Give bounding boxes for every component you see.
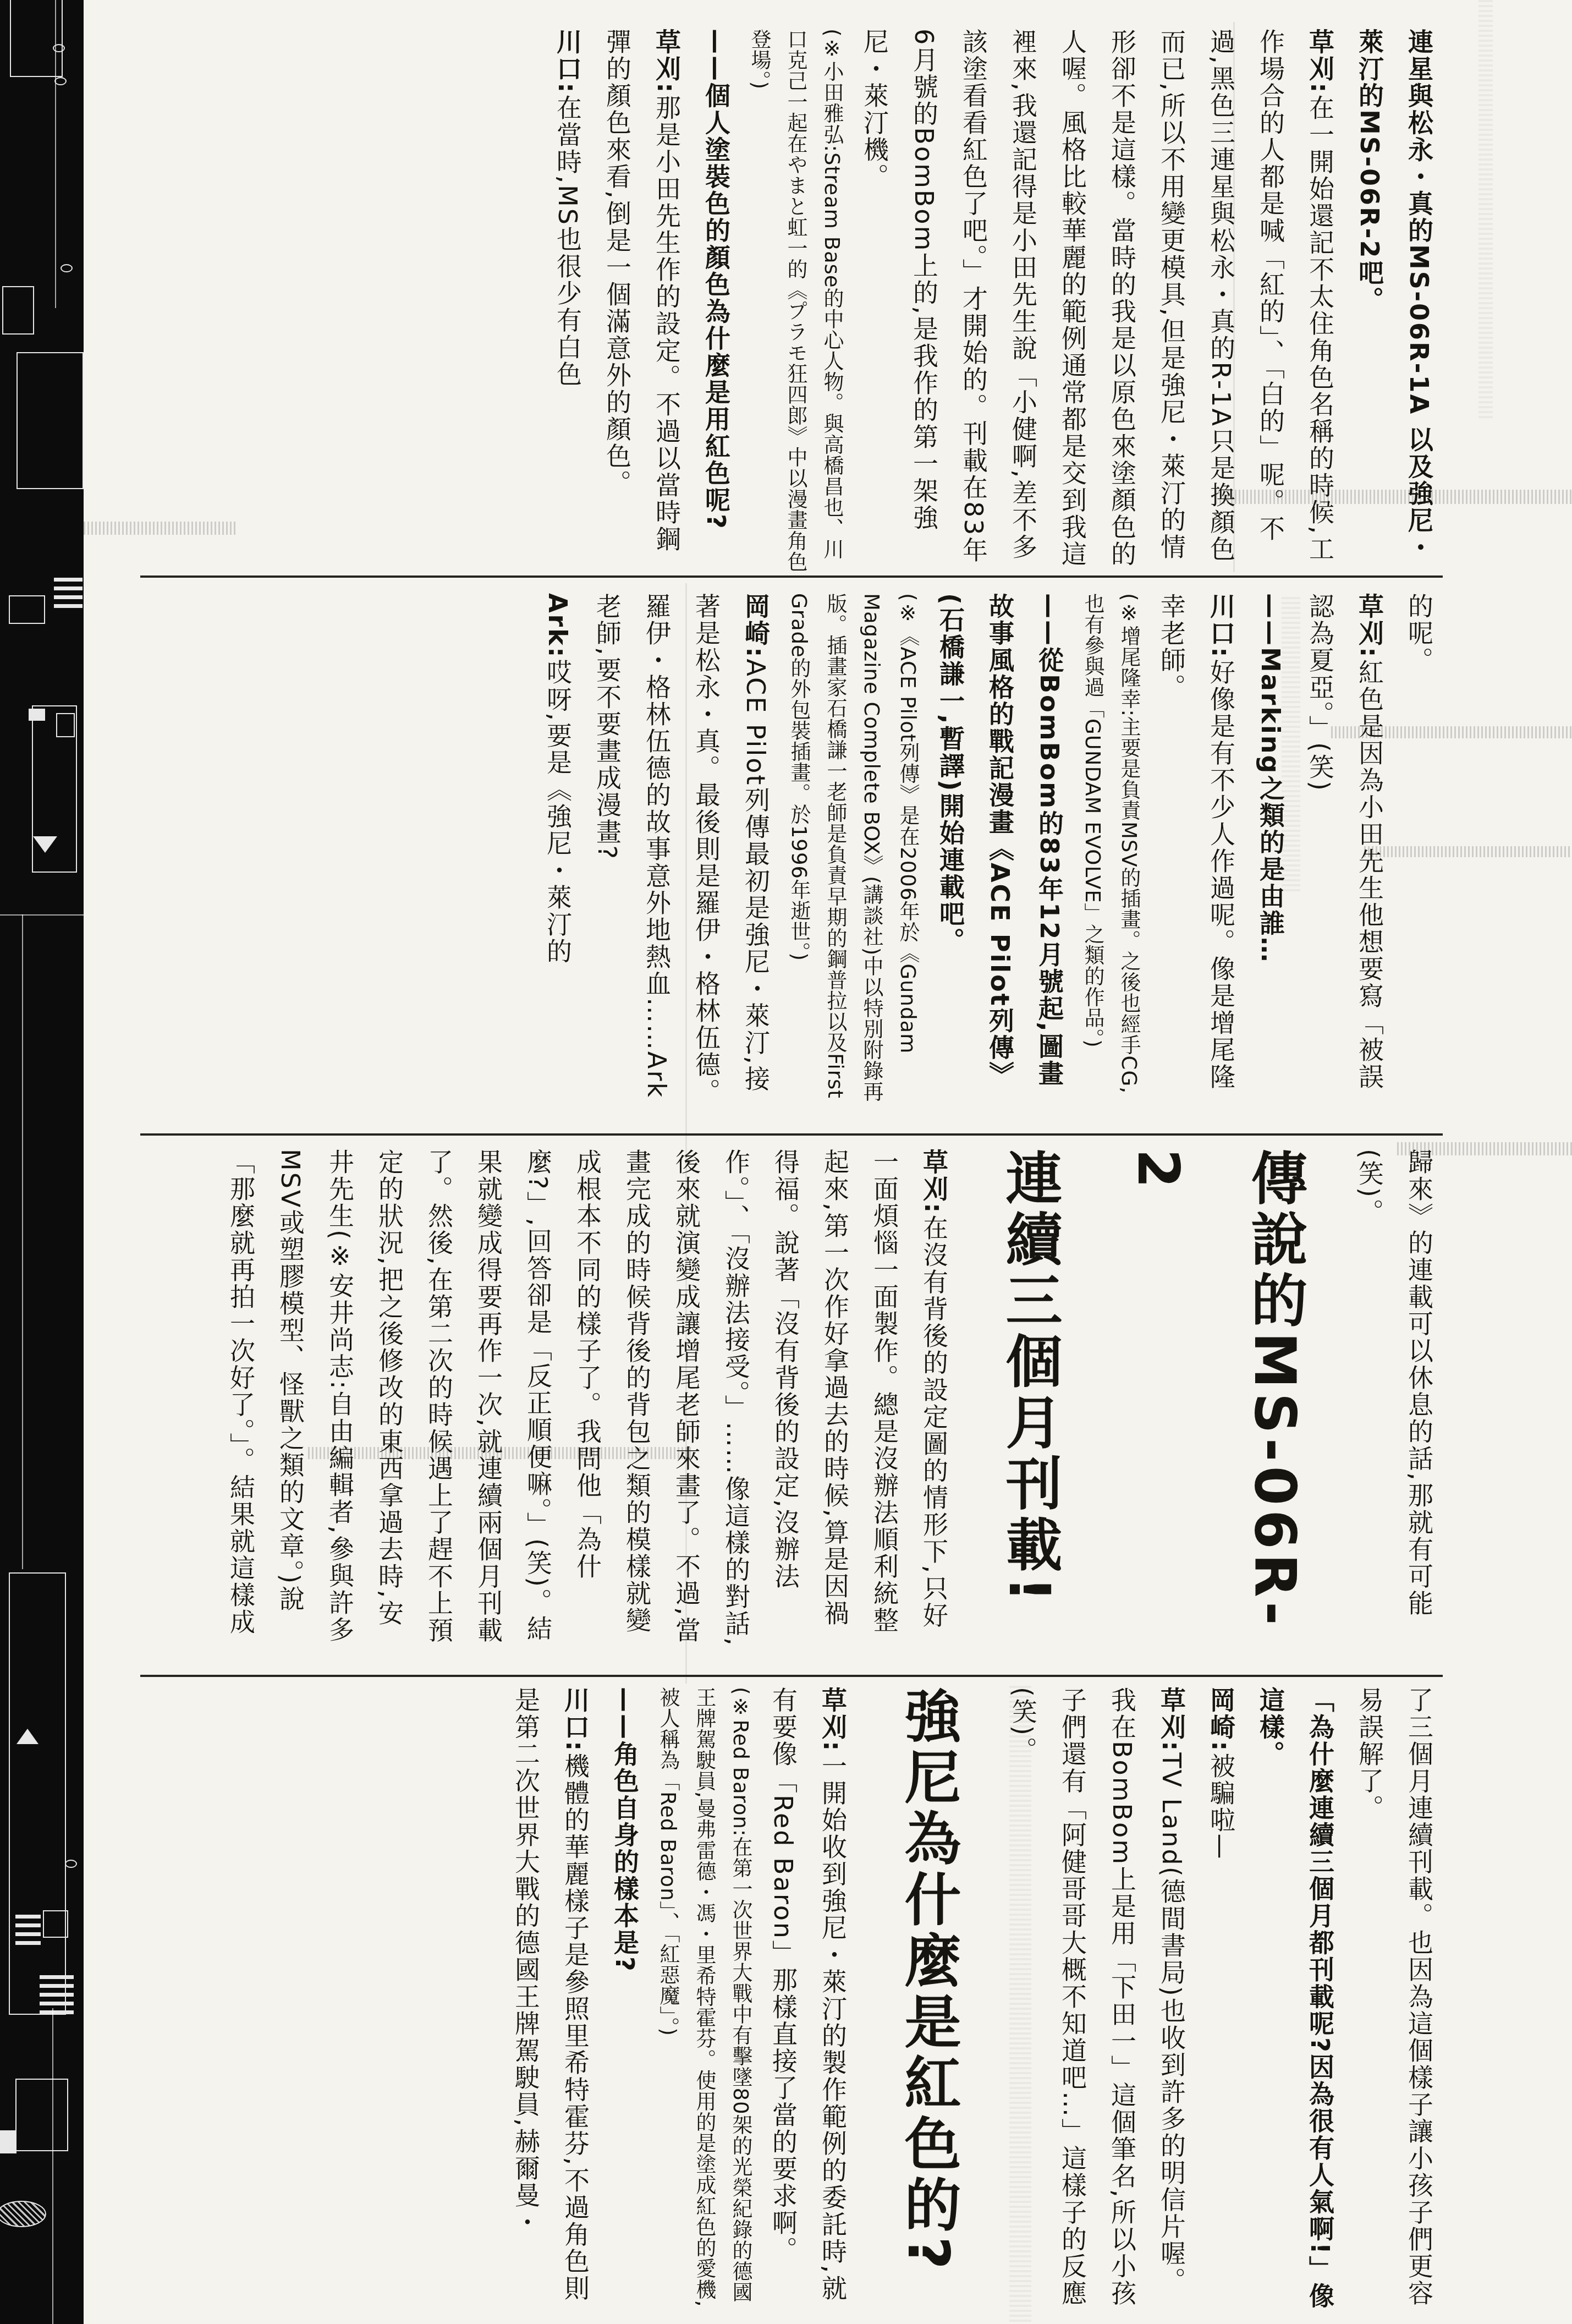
panel-outline — [15, 2079, 68, 2151]
interviewer-question: ——個人塗裝色的顏色為什麼是用紅色呢? — [691, 29, 741, 572]
speaker-name: 川口: — [553, 29, 582, 94]
section-divider-rule — [140, 1133, 1443, 1136]
paragraph: 草刈:在一開始還記不太住角色名稱的時候,工作場合的人都是喊「紅的」、「白的」呢。… — [850, 29, 1345, 572]
triangle-marker-icon — [17, 1729, 39, 1744]
hatched-oval — [0, 2201, 46, 2227]
interviewer-question: ——從BomBom的83年12月號起,圖畫故事風格的戰記漫畫《ACE Pilot… — [926, 593, 1074, 1109]
panel-seam-line — [52, 2008, 53, 2324]
triangle-marker-icon — [33, 836, 57, 853]
interview-section-4: 了三個月連續刊載。也因為這個樣子讓小孩子們更容易誤解了。「為什麼連續三個月都刊載… — [140, 1687, 1444, 2314]
sidebar-mecha-line-art — [0, 0, 84, 2324]
interview-section-3: 歸來》的連載可以休息的話,那就有可能(笑)。傳說的MS-06R-2連續三個月刊載… — [140, 1149, 1444, 1652]
footnote: (※小田雅弘:Stream Base的中心人物。與高橋昌也、川口克己一起在やまと… — [741, 29, 850, 572]
paragraph: 岡崎:被騙啦— — [1196, 1687, 1246, 2314]
section-divider-rule — [140, 575, 1443, 578]
paragraph: 岡崎:ACE Pilot列傳最初是強尼・萊汀,接著是松永・真。最後則是羅伊・格林… — [582, 593, 780, 1109]
interview-section-1: 連星與松永・真的MS-06R-1A 以及強尼・萊汀的MS-06R-2吧。草刈:在… — [140, 29, 1444, 572]
panel-outline — [17, 352, 84, 489]
paragraph: 川口:在當時,MS也很少有白色 — [543, 29, 592, 572]
panel-outline — [56, 713, 75, 737]
footnote: (※增尾隆幸:主要是負責MSV的插畫。之後也經手CG,也有參與過「GUNDAM … — [1074, 593, 1147, 1109]
speaker-name: 草刈: — [1355, 593, 1384, 659]
speaker-name: 川口: — [1206, 593, 1236, 659]
panel-block — [29, 709, 45, 721]
panel-outline — [43, 1910, 68, 1938]
paragraph: 草刈:TV Land(德間書局)也收到許多的明信片喔。我在BomBom上是用「下… — [998, 1687, 1196, 2314]
footnote: (※Red Baron:在第一次世界大戰中有擊墜80架的光榮紀錄的德國王牌駕駛員… — [650, 1687, 758, 2314]
vent-grille — [40, 1975, 74, 2019]
paragraph: 草刈:紅色是因為小田先生他想要寫「被誤認為夏亞。」(笑) — [1295, 593, 1394, 1109]
section-heading: 傳說的MS-06R-2 — [1100, 1149, 1333, 1652]
scanned-magazine-page: { "theme":{"bg":"#f5f3ee","ink":"#17150f… — [0, 0, 1572, 2324]
paragraph: 歸來》的連載可以休息的話,那就有可能(笑)。 — [1345, 1149, 1444, 1652]
interviewer-question: 連星與松永・真的MS-06R-1A 以及強尼・萊汀的MS-06R-2吧。 — [1345, 29, 1444, 572]
speaker-name: 草刈: — [652, 29, 681, 94]
interviewer-question: 「為什麼連續三個月都刊載呢?因為很有人氣啊!」像這樣。 — [1246, 1687, 1345, 2314]
panel-outline — [9, 595, 45, 624]
rivet-dot — [61, 264, 73, 272]
interviewer-question: ——Marking之類的是由誰… — [1246, 593, 1295, 1109]
speaker-name: 岡崎: — [1206, 1687, 1236, 1752]
paragraph: 川口:好像是有不少人作過呢。像是增尾隆幸老師。 — [1147, 593, 1246, 1109]
speaker-name: Ark: — [543, 593, 573, 659]
speaker-name: 草刈: — [1305, 29, 1335, 94]
rivet-dot — [53, 44, 65, 52]
panel-seam-line — [0, 914, 84, 916]
speaker-name: 草刈: — [818, 1687, 848, 1752]
paragraph: 草刈:一開始收到強尼・萊汀的製作範例的委託時,就有要像「Red Baron」那樣… — [758, 1687, 858, 2314]
speaker-name: 岡崎: — [741, 593, 771, 659]
vent-grille — [15, 1915, 41, 1950]
paragraph: 草刈:那是小田先生作的設定。不過以當時鋼彈的顏色來看,倒是一個滿意外的顏色。 — [592, 29, 691, 572]
paragraph: 草刈:在沒有背後的設定圖的情形下,只好一面煩惱一面製作。總是沒辦法順利統整起來,… — [216, 1149, 959, 1652]
speaker-name: 川口: — [560, 1687, 590, 1752]
panel-seam-line — [22, 914, 23, 1569]
footnote: (※《ACE Pilot列傳》是在2006年於《Gundam Magazine … — [780, 593, 926, 1109]
scan-streak — [1478, 0, 1493, 418]
vent-grille — [54, 578, 83, 613]
paragraph: 川口:機體的華麗樣子是參照里希特霍芬,不過角色則是第二次世界大戰的德國王牌駕駛員… — [501, 1687, 600, 2314]
interview-section-2: 的呢。草刈:紅色是因為小田先生他想要寫「被誤認為夏亞。」(笑)——Marking… — [140, 593, 1444, 1109]
panel-outline — [2, 286, 34, 335]
panel-block — [0, 2130, 17, 2153]
paragraph: 了三個月連續刊載。也因為這個樣子讓小孩子們更容易誤解了。 — [1345, 1687, 1444, 2314]
paragraph: Ark:哎呀,要是《強尼・萊汀的 — [533, 593, 582, 1109]
section-heading: 連續三個月刊載! — [971, 1149, 1087, 1652]
section-divider-rule — [140, 1675, 1443, 1677]
interviewer-question: ——角色自身的樣本是? — [600, 1687, 650, 2314]
rivet-dot — [65, 1860, 77, 1868]
rivet-dot — [54, 77, 67, 85]
paragraph: 的呢。 — [1394, 593, 1444, 1109]
section-heading: 強尼為什麼是紅色的? — [870, 1687, 986, 2314]
speaker-name: 草刈: — [1157, 1687, 1186, 1752]
panel-outline — [10, 0, 63, 77]
speaker-name: 草刈: — [919, 1149, 949, 1214]
